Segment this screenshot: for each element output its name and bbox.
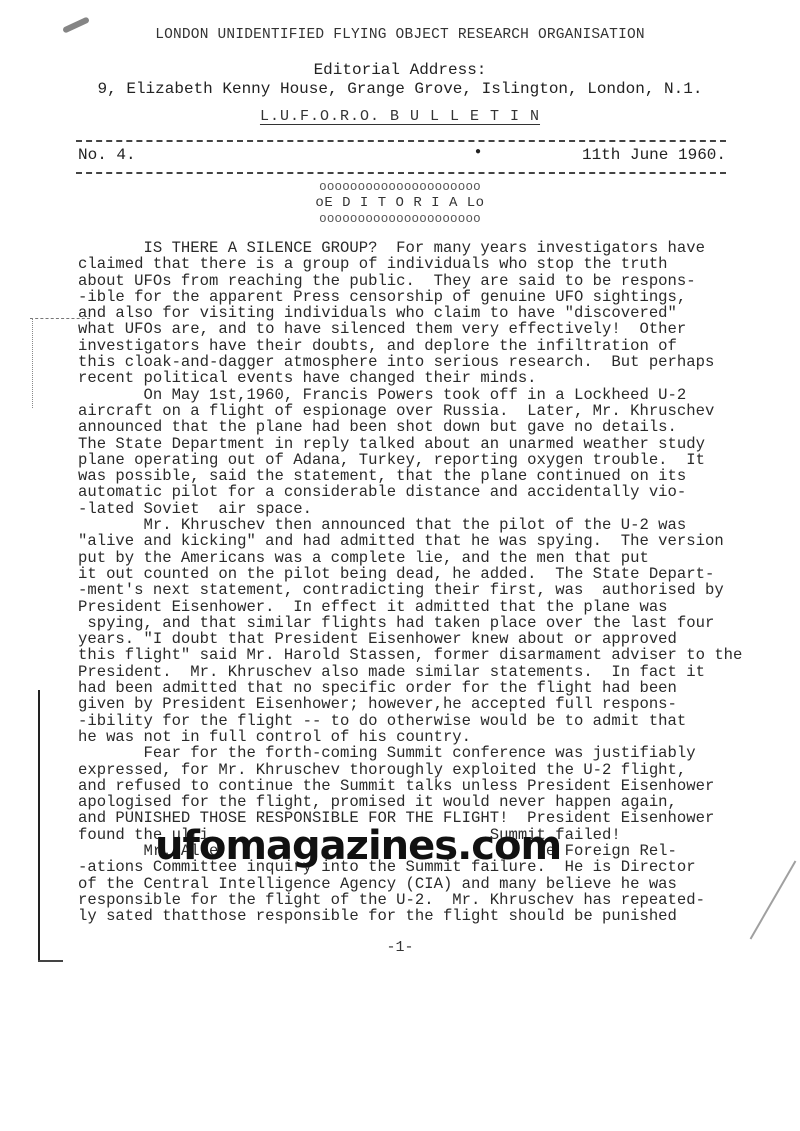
body-line: aircraft on a flight of espionage over R… [78, 403, 798, 419]
body-line: spying, and that similar flights had tak… [78, 615, 798, 631]
body-line: announced that the plane had been shot d… [78, 419, 798, 435]
body-line: this flight" said Mr. Harold Stassen, fo… [78, 647, 798, 663]
body-line: President Eisenhower. In effect it admit… [78, 599, 798, 615]
body-line: responsible for the flight of the U-2. M… [78, 892, 798, 908]
body-line: On May 1st,1960, Francis Powers took off… [78, 387, 798, 403]
body-line: put by the Americans was a complete lie,… [78, 550, 798, 566]
editorial-body: IS THERE A SILENCE GROUP? For many years… [78, 240, 798, 924]
body-line: what UFOs are, and to have silenced them… [78, 321, 798, 337]
body-line: years. "I doubt that President Eisenhowe… [78, 631, 798, 647]
body-line: IS THERE A SILENCE GROUP? For many years… [78, 240, 798, 256]
margin-dotted-line [32, 318, 33, 408]
body-line: had been admitted that no specific order… [78, 680, 798, 696]
watermark-outline: ufomagazines.com [155, 823, 561, 869]
body-line: he was not in full control of his countr… [78, 729, 798, 745]
watermark: ufomagazines.com [155, 823, 561, 869]
body-line: given by President Eisenhower; however,h… [78, 696, 798, 712]
body-line: was possible, said the statement, that t… [78, 468, 798, 484]
body-line: -ibility for the flight -- to do otherwi… [78, 713, 798, 729]
body-line: apologised for the flight, promised it w… [78, 794, 798, 810]
section-title: oE D I T O R I A Lo [0, 195, 800, 211]
body-line: President. Mr. Khruschev also made simil… [78, 664, 798, 680]
margin-line-foot [38, 960, 63, 962]
body-line: it out counted on the pilot being dead, … [78, 566, 798, 582]
body-line: Fear for the forth-coming Summit confere… [78, 745, 798, 761]
section-border-top: ooooooooooooooooooooo [0, 180, 800, 194]
body-line: ly sated thatthose responsible for the f… [78, 908, 798, 924]
dashed-rule-bottom [76, 172, 726, 174]
organisation-name: LONDON UNIDENTIFIED FLYING OBJECT RESEAR… [0, 27, 800, 43]
bulletin-title-wrap: L.U.F.O.R.O. B U L L E T I N [0, 108, 800, 125]
body-line: of the Central Intelligence Agency (CIA)… [78, 876, 798, 892]
body-line: about UFOs from reaching the public. The… [78, 273, 798, 289]
body-line: "alive and kicking" and had admitted tha… [78, 533, 798, 549]
page-number: -1- [0, 939, 800, 956]
body-line: recent political events have changed the… [78, 370, 798, 386]
margin-vertical-line [38, 690, 40, 962]
dashed-rule-top [76, 140, 726, 142]
body-line: claimed that there is a group of individ… [78, 256, 798, 272]
bulletin-title: L.U.F.O.R.O. B U L L E T I N [260, 108, 540, 125]
body-line: and also for visiting individuals who cl… [78, 305, 798, 321]
section-border-bottom: ooooooooooooooooooooo [0, 212, 800, 226]
body-line: this cloak-and-dagger atmosphere into se… [78, 354, 798, 370]
editorial-address-label: Editorial Address: [0, 61, 800, 79]
editorial-address: 9, Elizabeth Kenny House, Grange Grove, … [0, 80, 800, 98]
body-line: investigators have their doubts, and dep… [78, 338, 798, 354]
issue-number: No. 4. [78, 146, 136, 164]
body-line: and refused to continue the Summit talks… [78, 778, 798, 794]
body-line: -lated Soviet air space. [78, 501, 798, 517]
body-line: automatic pilot for a considerable dista… [78, 484, 798, 500]
body-line: expressed, for Mr. Khruschev thoroughly … [78, 762, 798, 778]
issue-date: 11th June 1960. [582, 146, 726, 164]
ink-speck: ● [475, 147, 481, 158]
document-page: LONDON UNIDENTIFIED FLYING OBJECT RESEAR… [0, 0, 800, 1131]
body-line: -ment's next statement, contradicting th… [78, 582, 798, 598]
body-line: plane operating out of Adana, Turkey, re… [78, 452, 798, 468]
body-line: Mr. Khruschev then announced that the pi… [78, 517, 798, 533]
body-line: The State Department in reply talked abo… [78, 436, 798, 452]
body-line: -ible for the apparent Press censorship … [78, 289, 798, 305]
